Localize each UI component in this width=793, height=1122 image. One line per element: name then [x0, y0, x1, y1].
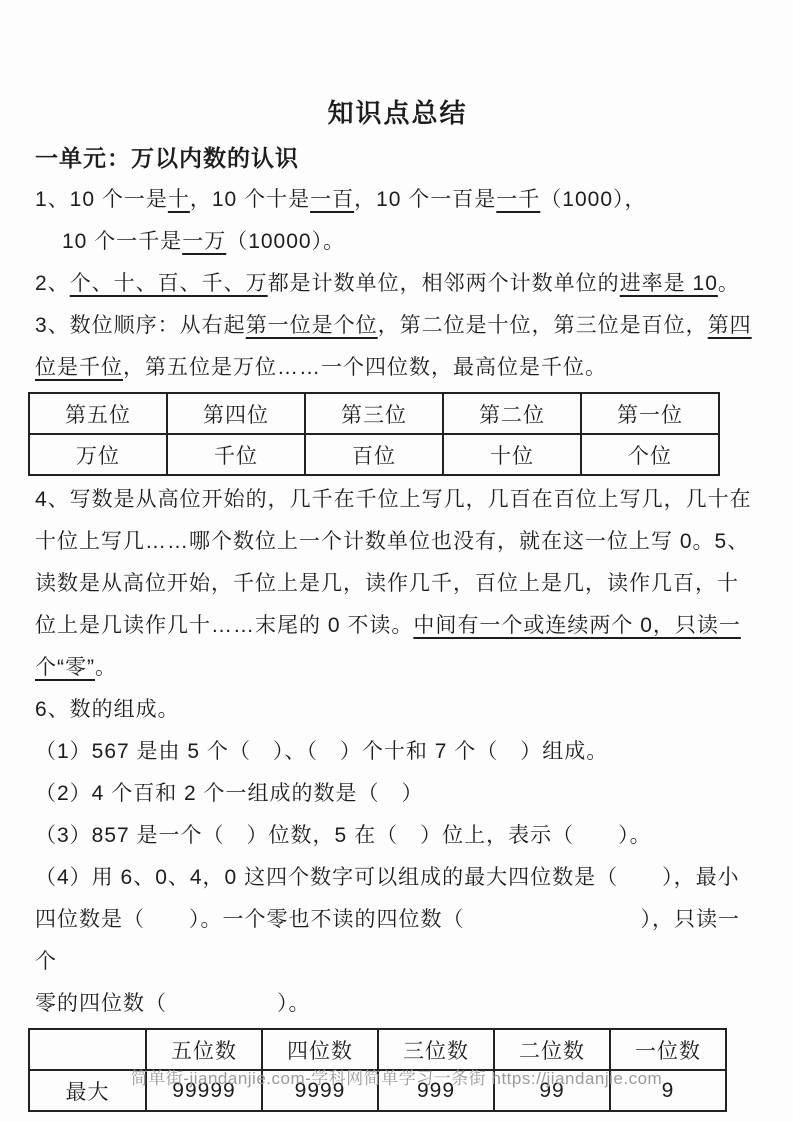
- point1-line2: 10 个一千是一万（10000）。: [35, 221, 760, 263]
- points-4-to-6: 4、写数是从高位开始的，几千在千位上写几，几百在百位上写几，几十在 十位上写几……: [35, 479, 760, 1025]
- point6-item3: （3）857 是一个（ ）位数，5 在（ ）位上，表示（ ）。: [35, 815, 760, 857]
- point6-item2: （2）4 个百和 2 个一组成的数是（ ）: [35, 773, 760, 815]
- point6-item4-line1: （4）用 6、0、4，0 这四个数字可以组成的最大四位数是（ ），最小: [35, 857, 760, 899]
- point6-item4-line3: 零的四位数（ ）。: [35, 983, 760, 1025]
- table-cell: 第四位: [167, 393, 305, 434]
- table-cell: 百位: [305, 434, 443, 475]
- worksheet-page: 知识点总结 一单元：万以内数的认识 1、10 个一是十，10 个十是一百，10 …: [0, 0, 793, 1122]
- table-row: 万位 千位 百位 十位 个位: [29, 434, 719, 475]
- table-cell: 十位: [443, 434, 581, 475]
- point6-item4-line2: 四位数是（ ）。一个零也不读的四位数（ ），只读一个: [35, 899, 760, 983]
- table-cell: 第三位: [305, 393, 443, 434]
- page-title: 知识点总结: [35, 96, 760, 130]
- point3-line2: 位是千位，第五位是万位……一个四位数，最高位是千位。: [35, 347, 760, 389]
- point4-line1: 4、写数是从高位开始的，几千在千位上写几，几百在百位上写几，几十在: [35, 479, 760, 521]
- table-cell: 第一位: [581, 393, 719, 434]
- table-row: 第五位 第四位 第三位 第二位 第一位: [29, 393, 719, 434]
- point5-line1: 读数是从高位开始，千位上是几，读作几千，百位上是几，读作几百，十: [35, 563, 760, 605]
- point1-line1: 1、10 个一是十，10 个十是一百，10 个一百是一千（1000），: [35, 179, 760, 221]
- table-cell: 个位: [581, 434, 719, 475]
- point6-heading: 6、数的组成。: [35, 689, 760, 731]
- table-cell: 第二位: [443, 393, 581, 434]
- points-1-to-3: 1、10 个一是十，10 个十是一百，10 个一百是一千（1000）， 10 个…: [35, 179, 760, 389]
- point5-line2: 位上是几读作几十……末尾的 0 不读。中间有一个或连续两个 0，只读一: [35, 605, 760, 647]
- place-value-table: 第五位 第四位 第三位 第二位 第一位 万位 千位 百位 十位 个位: [28, 392, 720, 476]
- point3-line1: 3、数位顺序：从右起第一位是个位，第二位是十位，第三位是百位，第四: [35, 305, 760, 347]
- table-cell: 千位: [167, 434, 305, 475]
- point4-line2: 十位上写几……哪个数位上一个计数单位也没有，就在这一位上写 0。5、: [35, 521, 760, 563]
- unit-heading: 一单元：万以内数的认识: [35, 143, 760, 173]
- point5-line3: 个“零”。: [35, 647, 760, 689]
- footer-watermark: 简单街-jiandanjie.com-学科网简单学习一条街 https://ji…: [0, 1064, 793, 1089]
- table-cell: 万位: [29, 434, 167, 475]
- point2-line1: 2、个、十、百、千、万都是计数单位，相邻两个计数单位的进率是 10。: [35, 263, 760, 305]
- table-cell: 第五位: [29, 393, 167, 434]
- point6-item1: （1）567 是由 5 个（ ）、（ ）个十和 7 个（ ）组成。: [35, 731, 760, 773]
